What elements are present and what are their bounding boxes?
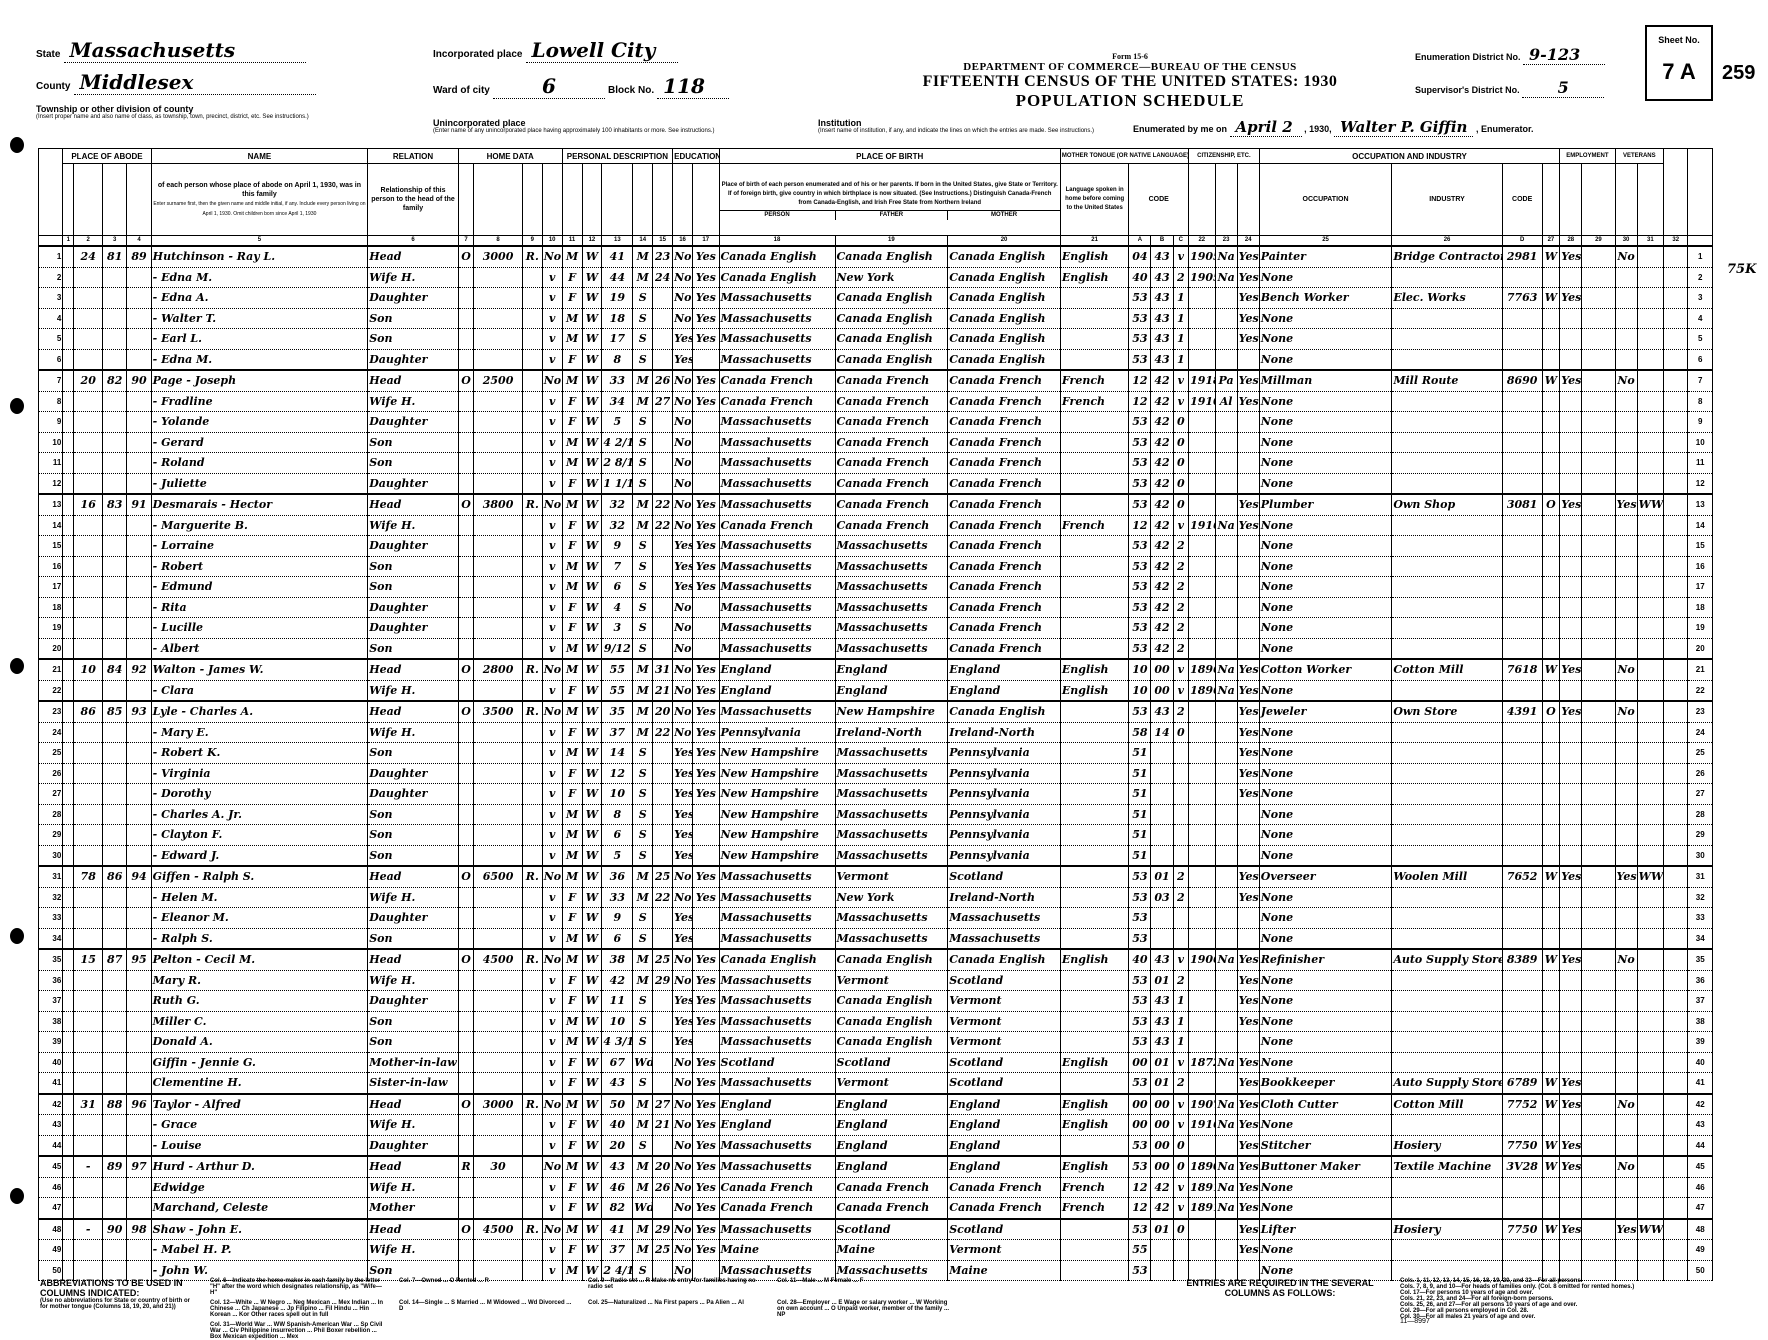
relation-cell: Wife H. — [368, 267, 459, 288]
war-cell — [1637, 680, 1664, 701]
occupation-cell: None — [1259, 908, 1392, 929]
sex-cell: M — [562, 432, 582, 453]
immigration-year-cell — [1189, 701, 1216, 722]
school-cell: Yes — [673, 536, 693, 557]
radio-cell — [522, 1198, 542, 1219]
age-cell: 9/12 — [602, 638, 633, 659]
code-a-cell: 53 — [1129, 308, 1151, 329]
line-number-right-cell: 35 — [1688, 949, 1713, 970]
age-at-marriage-cell: 22 — [653, 887, 673, 908]
read-write-cell: Yes — [693, 1052, 720, 1073]
occupation-code-cell: 7763 — [1502, 288, 1542, 309]
family-number-cell — [127, 1052, 151, 1073]
street-cell — [74, 473, 103, 494]
immigration-year-cell: 1910 — [1189, 391, 1216, 412]
sex-cell: F — [562, 391, 582, 412]
occupation-cell: None — [1259, 743, 1392, 764]
home-value-cell — [474, 349, 523, 370]
family-number-cell: 94 — [127, 866, 151, 887]
sex-cell: M — [562, 1094, 582, 1115]
radio-cell — [522, 288, 542, 309]
house-number-cell — [103, 928, 127, 949]
unemployment-cell — [1582, 308, 1615, 329]
age-cell: 5 — [602, 412, 633, 433]
farm-cell: v — [542, 1115, 562, 1136]
school-cell: Yes — [673, 845, 693, 866]
name-cell: - Edward J. — [151, 845, 368, 866]
line-number-cell: 28 — [39, 804, 63, 825]
industry-cell — [1392, 267, 1502, 288]
house-number-cell — [103, 908, 127, 929]
race-cell: W — [582, 597, 602, 618]
language-cell: English — [1060, 1115, 1128, 1136]
veteran-cell — [1615, 763, 1637, 784]
incorporated-field: Incorporated place Lowell City — [433, 38, 678, 63]
war-cell — [1637, 536, 1664, 557]
code-b-cell: 01 — [1151, 1219, 1173, 1240]
age-at-marriage-cell: 29 — [653, 970, 673, 991]
naturalization-cell — [1215, 804, 1237, 825]
language-cell — [1060, 432, 1128, 453]
street-cell — [74, 1240, 103, 1261]
family-number-cell — [127, 618, 151, 639]
line-number-right-cell: 13 — [1688, 494, 1713, 515]
father-birthplace-cell: Massachusetts — [835, 743, 948, 764]
veteran-cell — [1615, 1073, 1637, 1094]
industry-cell — [1392, 556, 1502, 577]
farm-cell: v — [542, 515, 562, 536]
street-cell — [74, 515, 103, 536]
age-cell: 19 — [602, 288, 633, 309]
line-number-cell: 2 — [39, 267, 63, 288]
column-number: 15 — [653, 236, 673, 247]
marital-status-cell: S — [633, 473, 653, 494]
age-at-marriage-cell: 21 — [653, 680, 673, 701]
speaks-english-cell: Yes — [1237, 515, 1259, 536]
code-c-cell: 1 — [1173, 1032, 1188, 1053]
naturalization-cell — [1215, 412, 1237, 433]
home-value-cell — [474, 412, 523, 433]
family-number-cell — [127, 432, 151, 453]
class-of-worker-cell — [1542, 556, 1560, 577]
farm-schedule-cell — [1664, 412, 1688, 433]
at-work-cell: Yes — [1560, 701, 1582, 722]
name-cell: - Lorraine — [151, 536, 368, 557]
immigration-year-cell — [1189, 288, 1216, 309]
occupation-cell: None — [1259, 638, 1392, 659]
tenure-cell — [458, 308, 473, 329]
street-cell — [74, 536, 103, 557]
line-number-cell: 33 — [39, 908, 63, 929]
radio-cell — [522, 680, 542, 701]
relation-cell: Daughter — [368, 618, 459, 639]
home-value-cell — [474, 1032, 523, 1053]
occupation-code-cell — [1502, 453, 1542, 474]
margin-cell — [63, 638, 74, 659]
name-cell: Donald A. — [151, 1032, 368, 1053]
house-number-cell — [103, 1073, 127, 1094]
tenure-cell — [458, 515, 473, 536]
at-work-cell — [1560, 536, 1582, 557]
line-number-right-cell: 40 — [1688, 1052, 1713, 1073]
name-cell: Giffen - Ralph S. — [151, 866, 368, 887]
abode-group-header: PLACE OF ABODE — [63, 149, 151, 164]
code-c-cell — [1173, 928, 1188, 949]
line-number-cell: 7 — [39, 370, 63, 391]
veteran-cell: No — [1615, 659, 1637, 680]
read-write-cell: Yes — [693, 659, 720, 680]
table-row: 2- Edna M.Wife H.vFW44M24NoYesCanada Eng… — [39, 267, 1713, 288]
table-row: 16- RobertSonvMW7SYesYesMassachusettsMas… — [39, 556, 1713, 577]
speaks-english-cell: Yes — [1237, 784, 1259, 805]
column-number: 1 — [63, 236, 74, 247]
sex-cell: M — [562, 556, 582, 577]
tenure-cell — [458, 618, 473, 639]
farm-cell: No — [542, 370, 562, 391]
age-cell: 7 — [602, 556, 633, 577]
age-at-marriage-cell — [653, 1198, 673, 1219]
age-cell: 37 — [602, 1240, 633, 1261]
family-number-cell — [127, 970, 151, 991]
house-number-cell — [103, 784, 127, 805]
war-cell — [1637, 1032, 1664, 1053]
relation-cell: Son — [368, 556, 459, 577]
house-number-cell — [103, 412, 127, 433]
column-number: 14 — [633, 236, 653, 247]
marital-status-cell: M — [633, 391, 653, 412]
speaks-english-cell — [1237, 908, 1259, 929]
state-value: Massachusetts — [64, 38, 306, 63]
school-cell: No — [673, 618, 693, 639]
line-number-cell: 31 — [39, 866, 63, 887]
code-a-cell: 53 — [1129, 577, 1151, 598]
marital-status-cell: M — [633, 1115, 653, 1136]
race-cell: W — [582, 618, 602, 639]
industry-cell — [1392, 784, 1502, 805]
home-value-cell: 30 — [474, 1156, 523, 1177]
occupation-code-cell — [1502, 391, 1542, 412]
father-birthplace-cell: Canada French — [835, 453, 948, 474]
code-b-cell: 42 — [1151, 412, 1173, 433]
age-cell: 32 — [602, 494, 633, 515]
school-cell: No — [673, 370, 693, 391]
table-row: 35158795Pelton - Cecil M.HeadO4500R.NoMW… — [39, 949, 1713, 970]
farm-cell: v — [542, 432, 562, 453]
street-cell: 24 — [74, 246, 103, 267]
street-cell — [74, 412, 103, 433]
code-c-cell: 2 — [1173, 267, 1188, 288]
sex-cell: M — [562, 453, 582, 474]
father-birthplace-cell: Canada English — [835, 949, 948, 970]
birthplace-cell: Massachusetts — [719, 1156, 835, 1177]
at-work-cell — [1560, 970, 1582, 991]
code-b-cell — [1151, 804, 1173, 825]
code-c-cell: 0 — [1173, 494, 1188, 515]
language-cell — [1060, 743, 1128, 764]
house-number-cell — [103, 970, 127, 991]
age-at-marriage-cell — [653, 1052, 673, 1073]
street-cell: 10 — [74, 659, 103, 680]
father-birthplace-cell: Massachusetts — [835, 928, 948, 949]
race-cell: W — [582, 536, 602, 557]
column-number: 17 — [693, 236, 720, 247]
class-of-worker-cell: W — [1542, 949, 1560, 970]
school-cell: Yes — [673, 556, 693, 577]
house-number-cell — [103, 391, 127, 412]
language-cell — [1060, 473, 1128, 494]
code-c-cell: v — [1173, 246, 1188, 267]
industry-cell — [1392, 1052, 1502, 1073]
family-number-cell — [127, 556, 151, 577]
at-work-cell — [1560, 412, 1582, 433]
occupation-code-cell — [1502, 991, 1542, 1012]
radio-cell — [522, 391, 542, 412]
code-b-cell: 43 — [1151, 246, 1173, 267]
birthplace-cell: Canada English — [719, 267, 835, 288]
home-value-cell — [474, 845, 523, 866]
sex-cell: F — [562, 887, 582, 908]
immigration-year-cell — [1189, 825, 1216, 846]
farm-schedule-cell — [1664, 949, 1688, 970]
read-write-cell: Yes — [693, 536, 720, 557]
school-cell: No — [673, 597, 693, 618]
table-row: 3- Edna A.DaughtervFW19SNoYesMassachuset… — [39, 288, 1713, 309]
occupation-code-cell — [1502, 536, 1542, 557]
line-number-cell: 3 — [39, 288, 63, 309]
sheet-label: Sheet No. — [1647, 35, 1711, 45]
veteran-cell — [1615, 432, 1637, 453]
birthplace-cell: Massachusetts — [719, 473, 835, 494]
code-a-cell: 10 — [1129, 659, 1151, 680]
code-a-cell: 53 — [1129, 866, 1151, 887]
language-cell — [1060, 887, 1128, 908]
race-cell: W — [582, 659, 602, 680]
column-number: 11 — [562, 236, 582, 247]
language-cell — [1060, 349, 1128, 370]
naturalization-cell — [1215, 701, 1237, 722]
unemployment-cell — [1582, 473, 1615, 494]
read-write-cell: Yes — [693, 1115, 720, 1136]
radio-cell — [522, 432, 542, 453]
occupation-code-cell — [1502, 638, 1542, 659]
code-c-cell: v — [1173, 1198, 1188, 1219]
margin-cell — [63, 1115, 74, 1136]
marital-status-cell: S — [633, 577, 653, 598]
class-of-worker-cell — [1542, 618, 1560, 639]
margin-cell — [63, 659, 74, 680]
farm-schedule-cell — [1664, 453, 1688, 474]
race-cell: W — [582, 329, 602, 350]
street-cell — [74, 908, 103, 929]
farm-schedule-cell — [1664, 329, 1688, 350]
name-cell: - Roland — [151, 453, 368, 474]
birthplace-cell: Massachusetts — [719, 1011, 835, 1032]
line-number-cell: 1 — [39, 246, 63, 267]
age-cell: 33 — [602, 370, 633, 391]
veteran-cell — [1615, 970, 1637, 991]
code-c-cell: 1 — [1173, 1011, 1188, 1032]
sex-cell: M — [562, 246, 582, 267]
occupation-cell: None — [1259, 556, 1392, 577]
home-value-cell — [474, 763, 523, 784]
marital-status-cell: M — [633, 370, 653, 391]
sex-cell: M — [562, 866, 582, 887]
war-cell — [1637, 1011, 1664, 1032]
father-birthplace-cell: Canada French — [835, 432, 948, 453]
schedule-title: POPULATION SCHEDULE — [850, 91, 1410, 111]
farm-schedule-header — [1664, 149, 1688, 236]
tenure-header — [458, 164, 473, 236]
sex-cell: M — [562, 638, 582, 659]
unemployment-cell — [1582, 536, 1615, 557]
school-cell: No — [673, 949, 693, 970]
tenure-cell — [458, 784, 473, 805]
tenure-cell — [458, 887, 473, 908]
class-of-worker-cell — [1542, 804, 1560, 825]
code-b-cell: 42 — [1151, 515, 1173, 536]
code-c-cell: v — [1173, 1052, 1188, 1073]
farm-schedule-cell — [1664, 970, 1688, 991]
veteran-cell — [1615, 453, 1637, 474]
marital-status-cell: S — [633, 432, 653, 453]
street-cell — [74, 1135, 103, 1156]
line-number-right-cell: 27 — [1688, 784, 1713, 805]
street-cell — [74, 1011, 103, 1032]
relation-group-header: RELATION — [368, 149, 459, 164]
at-work-cell — [1560, 597, 1582, 618]
code-b-cell — [1151, 763, 1173, 784]
farm-cell: v — [542, 412, 562, 433]
farm-schedule-cell — [1664, 536, 1688, 557]
race-header — [582, 164, 602, 236]
home-value-cell — [474, 638, 523, 659]
veteran-cell — [1615, 536, 1637, 557]
age-at-marriage-cell: 25 — [653, 1240, 673, 1261]
column-number: 32 — [1664, 236, 1688, 247]
radio-cell: R. — [522, 701, 542, 722]
table-row: 36Mary R.Wife H.vFW42M29NoYesMassachuset… — [39, 970, 1713, 991]
birthplace-cell: Canada English — [719, 949, 835, 970]
class-of-worker-cell — [1542, 991, 1560, 1012]
industry-cell — [1392, 928, 1502, 949]
home-value-cell — [474, 267, 523, 288]
enumerated-field: Enumerated by me on April 2 , 1930, Walt… — [1133, 118, 1533, 137]
mother-birthplace-cell: Pennsylvania — [948, 763, 1061, 784]
marital-status-cell: S — [633, 1135, 653, 1156]
relation-cell: Head — [368, 1094, 459, 1115]
marital-header — [633, 164, 653, 236]
immigration-year-cell: 1907 — [1189, 1094, 1216, 1115]
class-of-worker-cell — [1542, 928, 1560, 949]
farm-schedule-cell — [1664, 1073, 1688, 1094]
occupation-code-cell — [1502, 1011, 1542, 1032]
home-value-cell: 3000 — [474, 246, 523, 267]
farm-cell: v — [542, 329, 562, 350]
binding-hole-icon — [10, 928, 24, 944]
radio-cell — [522, 722, 542, 743]
school-cell: No — [673, 432, 693, 453]
code-c-cell: 2 — [1173, 577, 1188, 598]
occupation-cell: Cotton Worker — [1259, 659, 1392, 680]
street-cell: 86 — [74, 701, 103, 722]
relation-cell: Mother — [368, 1198, 459, 1219]
industry-cell — [1392, 638, 1502, 659]
father-birthplace-cell: Ireland-North — [835, 722, 948, 743]
occupation-cell: None — [1259, 432, 1392, 453]
entries-note: Col. 30—For all males 21 years of age an… — [1400, 1314, 1730, 1320]
occupation-code-cell: 8389 — [1502, 949, 1542, 970]
family-number-cell — [127, 1011, 151, 1032]
age-at-marriage-cell: 26 — [653, 370, 673, 391]
tenure-cell — [458, 928, 473, 949]
line-number-right-cell: 21 — [1688, 659, 1713, 680]
at-work-cell: Yes — [1560, 246, 1582, 267]
veteran-cell — [1615, 391, 1637, 412]
speaks-english-cell: Yes — [1237, 308, 1259, 329]
tenure-cell — [458, 577, 473, 598]
street-cell — [74, 1198, 103, 1219]
ward-value: 6 — [493, 74, 605, 99]
tenure-cell: O — [458, 1094, 473, 1115]
class-of-worker-cell — [1542, 349, 1560, 370]
radio-cell — [522, 887, 542, 908]
occupation-code-cell — [1502, 970, 1542, 991]
race-cell: W — [582, 845, 602, 866]
occupation-cell: Stitcher — [1259, 1135, 1392, 1156]
industry-cell — [1392, 349, 1502, 370]
occupation-cell: None — [1259, 680, 1392, 701]
table-row: 33- Eleanor M.DaughtervFW9SYesMassachuse… — [39, 908, 1713, 929]
line-number-cell: 8 — [39, 391, 63, 412]
code-a-cell: 53 — [1129, 928, 1151, 949]
occupation-cell: None — [1259, 928, 1392, 949]
personal-group-header: PERSONAL DESCRIPTION — [562, 149, 673, 164]
marital-status-cell: S — [633, 308, 653, 329]
name-cell: - Mary E. — [151, 722, 368, 743]
unemployment-cell — [1582, 722, 1615, 743]
mother-birthplace-cell: Canada English — [948, 246, 1061, 267]
house-number-cell — [103, 887, 127, 908]
code-b-cell: 00 — [1151, 1156, 1173, 1177]
immigration-year-cell — [1189, 638, 1216, 659]
naturalization-cell: Na — [1215, 267, 1237, 288]
speaks-english-cell: Yes — [1237, 949, 1259, 970]
veteran-cell: No — [1615, 246, 1637, 267]
line-number-right-cell: 45 — [1688, 1156, 1713, 1177]
mother-birthplace-cell: Scotland — [948, 1052, 1061, 1073]
occupation-cell: Cloth Cutter — [1259, 1094, 1392, 1115]
speaks-english-cell — [1237, 556, 1259, 577]
code-a-cell: 53 — [1129, 432, 1151, 453]
age-at-marriage-cell: 22 — [653, 722, 673, 743]
table-row: 34- Ralph S.SonvMW6SYesMassachusettsMass… — [39, 928, 1713, 949]
naturalization-cell: Na — [1215, 1177, 1237, 1198]
house-number-cell — [103, 432, 127, 453]
veteran-cell — [1615, 412, 1637, 433]
line-number-right-cell: 17 — [1688, 577, 1713, 598]
farm-cell: v — [542, 1177, 562, 1198]
birthplace-cell: Massachusetts — [719, 597, 835, 618]
naturalization-header — [1215, 164, 1237, 236]
mother-birthplace-cell: Canada French — [948, 412, 1061, 433]
dwelling-number-header — [103, 164, 127, 236]
margin-cell — [63, 804, 74, 825]
tenure-cell — [458, 638, 473, 659]
table-row: 20- AlbertSonvMW9/12SNoMassachusettsMass… — [39, 638, 1713, 659]
sex-cell: M — [562, 1011, 582, 1032]
speaks-english-cell: Yes — [1237, 1240, 1259, 1261]
read-write-header — [693, 164, 720, 236]
